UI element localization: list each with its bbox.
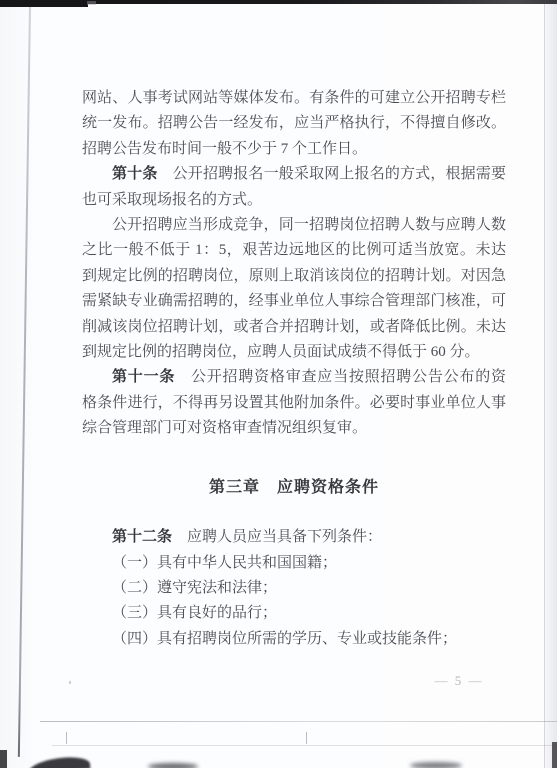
text-line: 之比一般不低于 1：5，艰苦边远地区的比例可适当放宽。未达 [82,238,506,263]
scan-corner-bottom-left [28,756,91,768]
article-number: 第十一条 [112,369,175,385]
footer-tick-center [306,732,307,744]
text-line: 统一发布。招聘公告一经发布，应当严格执行，不得擅自修改。 [82,111,506,136]
scan-edge-notch [87,1,96,5]
text-line: 削减该岗位招聘计划，或者合并招聘计划，或者降低比例。未达 [82,315,506,340]
text-line: 第十条 公开招聘报名一般采取网上报名的方式，根据需要 [82,162,506,187]
text-line: （二）遵守宪法和法律； [82,576,506,601]
footer-tick-left [66,732,67,744]
text-line: 也可采取现场报名的方式。 [82,188,506,213]
scanned-page: 网站、人事考试网站等媒体发布。有条件的可建立公开招聘专栏统一发布。招聘公告一经发… [0,0,557,768]
page-right-edge [544,4,557,768]
text-line: （一）具有中华人民共和国国籍； [82,551,506,576]
paragraph: （三）具有良好的品行； [82,601,506,626]
paragraph: 第十一条 公开招聘资格审查应当按照招聘公告公布的资格条件进行，不得再另设置其他附… [82,365,506,441]
text-line: 到规定比例的招聘岗位，原则上取消该岗位的招聘计划。对因急 [82,264,506,289]
text-line: 网站、人事考试网站等媒体发布。有条件的可建立公开招聘专栏 [82,86,506,111]
paragraph: 网站、人事考试网站等媒体发布。有条件的可建立公开招聘专栏统一发布。招聘公告一经发… [82,86,506,162]
text-line: 格条件进行，不得再另设置其他附加条件。必要时事业单位人事 [82,391,506,416]
paragraph: 第十二条 应聘人员应当具备下列条件： [82,525,506,550]
scan-corner-bottom-right [552,742,557,768]
scan-speck [69,681,71,684]
paragraph: （一）具有中华人民共和国国籍； [82,551,506,576]
document-body: 网站、人事考试网站等媒体发布。有条件的可建立公开招聘专栏统一发布。招聘公告一经发… [82,86,506,652]
page-number: — 5 — [424,673,494,689]
text-line: 第十二条 应聘人员应当具备下列条件： [82,525,506,550]
chapter-heading: 第三章 应聘资格条件 [82,475,506,500]
footer-rule-lower [52,745,557,746]
scan-smudge-left [148,763,198,768]
text-line: 招聘公告发布时间一般不少于 7 个工作日。 [82,137,506,162]
scan-corner-bottom-left-edge [0,750,7,768]
text-line: 第十一条 公开招聘资格审查应当按照招聘公告公布的资 [82,365,506,390]
scan-smudge-right [410,762,462,768]
text-line: 公开招聘应当形成竞争，同一招聘岗位招聘人数与应聘人数 [82,213,506,238]
scan-edge-top-left [0,0,88,7]
paragraph: 公开招聘应当形成竞争，同一招聘岗位招聘人数与应聘人数之比一般不低于 1：5，艰苦… [82,213,506,365]
paragraph: （四）具有招聘岗位所需的学历、专业或技能条件； [82,627,506,652]
text-line: 到规定比例的招聘岗位，应聘人员面试成绩不得低于 60 分。 [82,340,506,365]
text-line: （三）具有良好的品行； [82,601,506,626]
text-line: 综合管理部门可对资格审查情况组织复审。 [82,416,506,441]
text-line: （四）具有招聘岗位所需的学历、专业或技能条件； [82,627,506,652]
paragraph: （二）遵守宪法和法律； [82,576,506,601]
paragraph: 第十条 公开招聘报名一般采取网上报名的方式，根据需要也可采取现场报名的方式。 [82,162,506,213]
text-line: 需紧缺专业确需招聘的，经事业单位人事综合管理部门核准，可 [82,289,506,314]
footer-rule-upper [40,721,557,722]
article-number: 第十条 [112,166,157,182]
article-number: 第十二条 [112,529,172,545]
page-fold-line [18,5,31,757]
